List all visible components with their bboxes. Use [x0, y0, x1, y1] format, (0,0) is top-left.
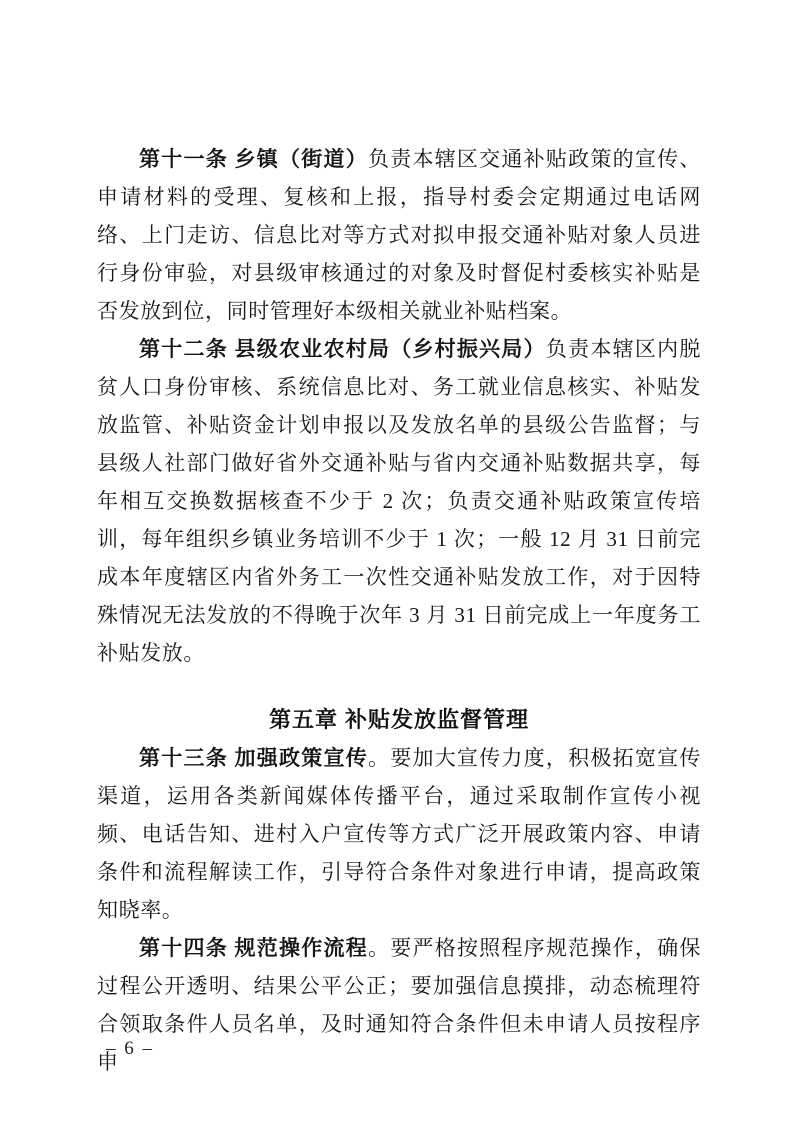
paragraph-article-11: 第十一条 乡镇（街道）负责本辖区交通补贴政策的宣传、申请材料的受理、复核和上报，… [97, 140, 701, 330]
paragraph-article-14: 第十四条 规范操作流程。要严格按照程序规范操作，确保过程公开透明、结果公平公正；… [97, 929, 701, 1081]
document-page: 第十一条 乡镇（街道）负责本辖区交通补贴政策的宣传、申请材料的受理、复核和上报，… [0, 0, 793, 1122]
paragraph-article-13: 第十三条 加强政策宣传。要加大宣传力度，积极拓宽宣传渠道，运用各类新闻媒体传播平… [97, 739, 701, 929]
article-13-text: 。要加大宣传力度，积极拓宽宣传渠道，运用各类新闻媒体传播平台，通过采取制作宣传小… [97, 746, 701, 922]
page-number: – 6 – [106, 1038, 154, 1060]
article-12-text: 负责本辖区内脱贫人口身份审核、系统信息比对、务工就业信息核实、补贴发放监管、补贴… [97, 337, 701, 665]
document-body: 第十一条 乡镇（街道）负责本辖区交通补贴政策的宣传、申请材料的受理、复核和上报，… [97, 140, 701, 1081]
article-13-lead: 第十三条 加强政策宣传 [139, 746, 368, 770]
article-11-text: 负责本辖区交通补贴政策的宣传、申请材料的受理、复核和上报，指导村委会定期通过电话… [97, 147, 701, 323]
chapter-heading: 第五章 补贴发放监督管理 [97, 701, 701, 739]
paragraph-article-12: 第十二条 县级农业农村局（乡村振兴局）负责本辖区内脱贫人口身份审核、系统信息比对… [97, 330, 701, 672]
article-12-lead: 第十二条 县级农业农村局（乡村振兴局） [139, 337, 546, 361]
article-11-lead: 第十一条 乡镇（街道） [139, 147, 368, 171]
article-14-lead: 第十四条 规范操作流程 [139, 936, 368, 960]
